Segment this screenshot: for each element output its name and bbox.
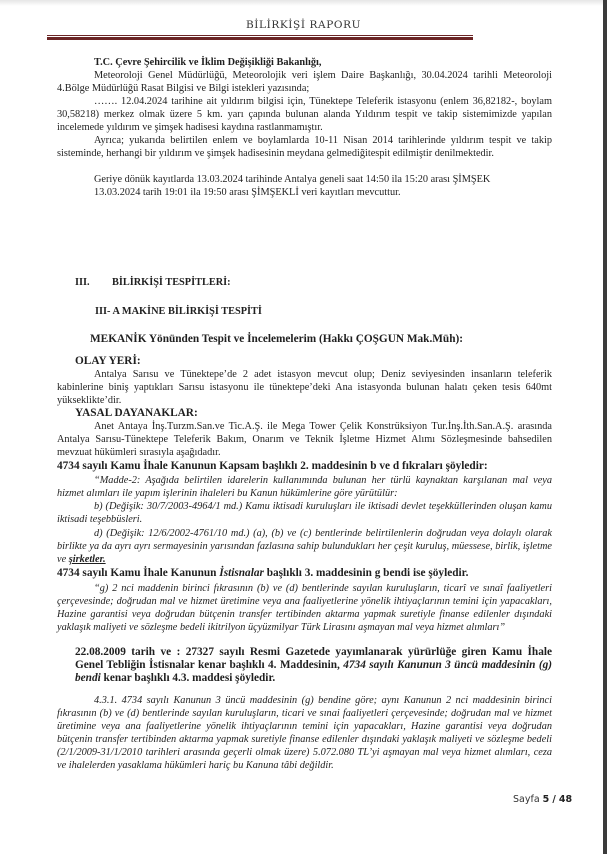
law-1-d: d) (Değişik: 12/6/2002-4761/10 md.) (a),…: [57, 527, 552, 566]
viewer-scrollbar[interactable]: [603, 0, 607, 854]
subsection-heading: III- A MAKİNE BİLİRKİŞİ TESPİTİ: [95, 305, 395, 318]
law-1-d-text: d) (Değişik: 12/6/2002-4761/10 md.) (a),…: [57, 528, 552, 565]
header-rule-thick: [47, 37, 473, 40]
header-rule-thin: [47, 35, 473, 36]
yasal-dayanaklar-text: Anet Antaya İnş.Turzm.San.ve Tic.A.Ş. il…: [57, 420, 552, 459]
page-current: 5: [543, 794, 550, 805]
ministry-paragraph-1: Meteoroloji Genel Müdürlüğü, Meteoroloji…: [57, 69, 552, 95]
section-heading: BİLİRKİŞİ TESPİTLERİ:: [112, 276, 412, 289]
mechanic-heading: MEKANİK Yönünden Tespit ve İncelemelerim…: [90, 333, 560, 346]
gazette-post: kenar başlıklı 4.3. maddesi şöyledir.: [101, 672, 276, 684]
law-1-madde: “Madde-2: Aşağıda belirtilen idarelerin …: [57, 474, 552, 500]
law-1-heading: 4734 sayılı Kamu İhale Kanunun Kapsam ba…: [57, 460, 552, 473]
law-2-heading-pre: 4734 sayılı Kamu İhale Kanunun: [57, 567, 219, 579]
law-2-heading-italic: İstisnalar: [219, 567, 264, 579]
olay-yeri-label: OLAY YERİ:: [75, 355, 275, 368]
ministry-paragraph-4-line-2: 13.03.2024 tarih 19:01 ila 19:50 arası Ş…: [94, 186, 564, 199]
page-label: Sayfa: [513, 794, 540, 805]
page-number: Sayfa 5 / 48: [513, 794, 572, 805]
law-2-heading-post: başlıklı 3. maddesinin g bendi ise şöyle…: [264, 567, 469, 579]
gazette-paragraph: 22.08.2009 tarih ve : 27327 sayılı Resmi…: [75, 646, 552, 685]
ministry-paragraph-4-line-1: Geriye dönük kayıtlarda 13.03.2024 tarih…: [94, 173, 564, 186]
law-1-d-underlined: şirketler.: [69, 554, 106, 565]
ministry-paragraph-2: ……. 12.04.2024 tarihine ait yıldırım bil…: [57, 95, 552, 134]
page-total: 48: [559, 794, 572, 805]
section-number: III.: [75, 276, 115, 289]
article-4-3-1: 4.3.1. 4734 sayılı Kanunun 3 üncü maddes…: [57, 694, 552, 773]
ministry-paragraph-3: Ayrıca; yukarıda belirtilen enlem ve boy…: [57, 134, 552, 160]
report-header-title: BİLİRKİŞİ RAPORU: [0, 19, 607, 31]
yasal-dayanaklar-label: YASAL DAYANAKLAR:: [75, 407, 275, 420]
olay-yeri-text: Antalya Sarısu ve Tünektepe’de 2 adet is…: [57, 368, 552, 407]
ministry-title: T.C. Çevre Şehircilik ve İklim Değişikli…: [94, 56, 554, 69]
viewer-top-shadow: [0, 0, 607, 6]
page-separator: /: [552, 794, 555, 805]
law-2-text: “g) 2 nci maddenin birinci fıkrasının (b…: [57, 582, 552, 634]
law-1-b: b) (Değişik: 30/7/2003-4964/1 md.) Kamu …: [57, 500, 552, 526]
law-2-heading: 4734 sayılı Kamu İhale Kanunun İstisnala…: [57, 567, 552, 580]
